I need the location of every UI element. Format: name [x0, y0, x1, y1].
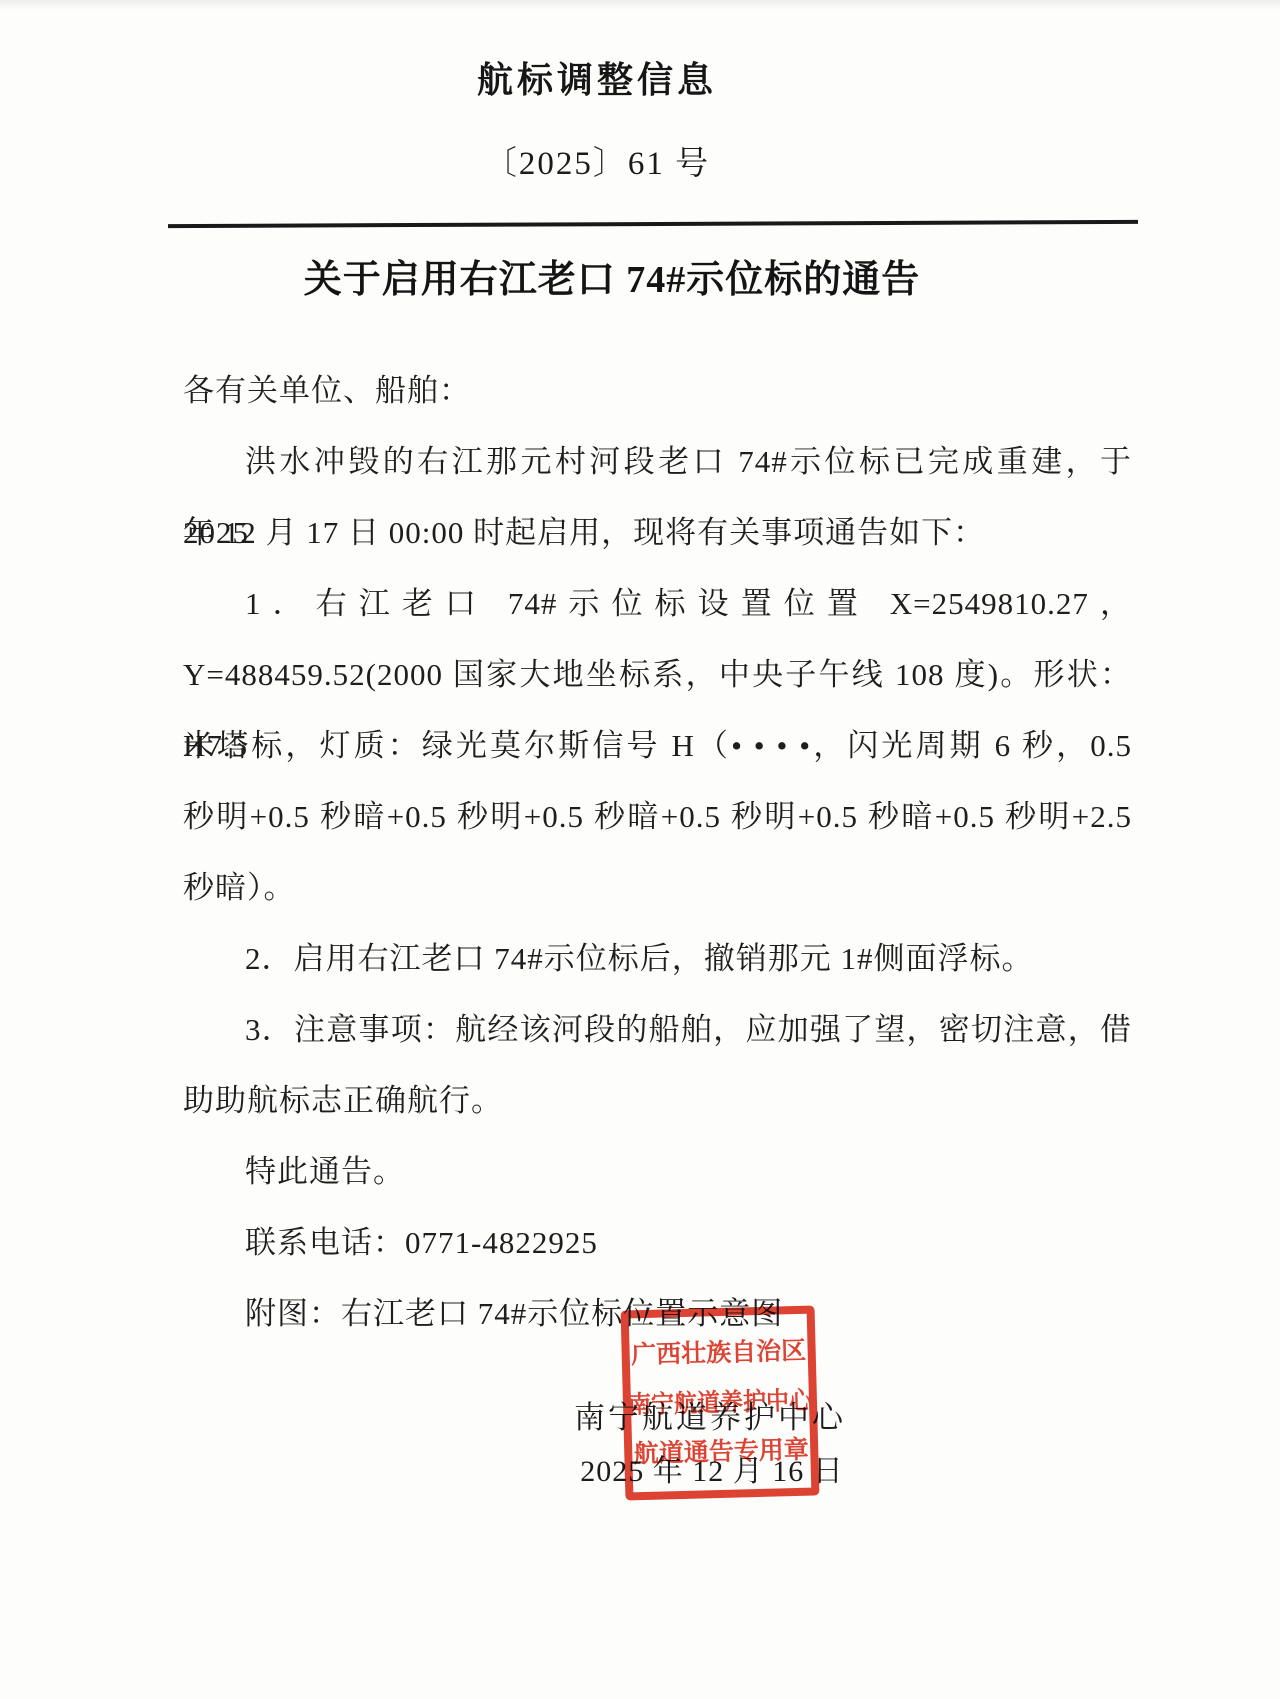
official-seal-stamp: 广西壮族自治区 南宁航道养护中心 航道通告专用章: [621, 1305, 820, 1500]
body-line: 年 12 月 17 日 00:00 时起启用，现将有关事项通告如下：: [183, 497, 1132, 568]
closing-line: 特此通告。: [183, 1136, 1132, 1207]
header-category-title: 航标调整信息: [0, 52, 1194, 103]
seal-purpose-line: 航道通告专用章: [633, 1438, 809, 1468]
body-line: 秒明+0.5 秒暗+0.5 秒明+0.5 秒暗+0.5 秒明+0.5 秒暗+0.…: [183, 781, 1132, 852]
body-line: Y=488459.52(2000 国家大地坐标系，中央子午线 108 度)。形状…: [183, 639, 1132, 710]
scanned-notice-page: 航标调整信息 〔2025〕61 号 关于启用右江老口 74#示位标的通告 各有关…: [0, 0, 1280, 1699]
body-line-item-3: 3．注意事项：航经该河段的船舶，应加强了望，密切注意，借: [183, 994, 1132, 1065]
document-number: 〔2025〕61 号: [0, 137, 1194, 184]
body-line: 米塔标，灯质：绿光莫尔斯信号 H（• • • •，闪光周期 6 秒，0.5: [183, 710, 1132, 781]
notice-title: 关于启用右江老口 74#示位标的通告: [304, 259, 921, 301]
body-line-item-1: 1．右江老口 74#示位标设置位置 X=2549810.27，: [183, 568, 1132, 639]
body-line: 助助航标志正确航行。: [183, 1065, 1132, 1136]
title-row: 关于启用右江老口 74#示位标的通告: [0, 248, 1224, 303]
body-line-item-2: 2．启用右江老口 74#示位标后，撤销那元 1#侧面浮标。: [183, 923, 1132, 994]
body-line: 洪水冲毁的右江那元村河段老口 74#示位标已完成重建，于 2025: [183, 426, 1132, 497]
salutation-line: 各有关单位、船舶：: [183, 355, 1132, 426]
contact-phone-line: 联系电话：0771-4822925: [183, 1207, 1132, 1278]
seal-region-line: 广西壮族自治区: [631, 1338, 807, 1368]
header-divider-line: [168, 220, 1138, 228]
body-line: 秒暗）。: [183, 852, 1132, 923]
document-header: 航标调整信息 〔2025〕61 号: [0, 0, 1194, 184]
notice-body: 各有关单位、船舶： 洪水冲毁的右江那元村河段老口 74#示位标已完成重建，于 2…: [183, 355, 1132, 1349]
seal-issuer-line: 南宁航道养护中心: [628, 1388, 813, 1418]
